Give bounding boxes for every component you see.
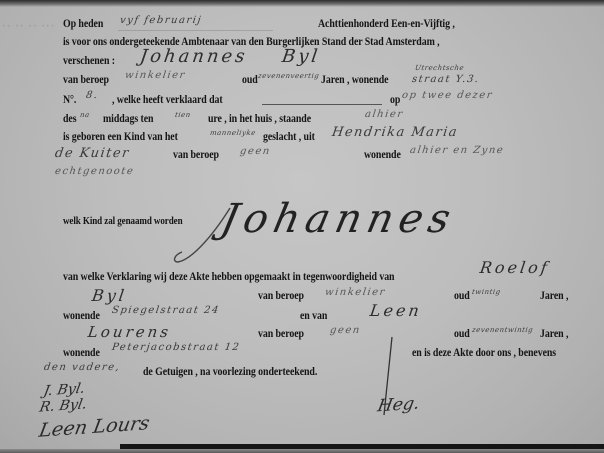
printed-jaren-wonende: Jaren , wonende — [321, 74, 388, 86]
handwritten-spouse-note: echtgenoote — [54, 166, 135, 177]
handwritten-house-number: 8. — [85, 90, 99, 101]
printed-is-geboren: is geboren een Kind van het — [63, 131, 178, 143]
scan-bottom-edge — [0, 449, 604, 453]
printed-oud-w2: oud — [454, 328, 470, 340]
fill-line — [262, 104, 382, 105]
handwritten-declarant-surname: Byl — [281, 46, 322, 67]
signature-official: Heg. — [376, 394, 421, 417]
handwritten-witness1-surname: Byl — [91, 286, 129, 305]
scanned-document-page: ·· ·· ·· ··· Op heden vyf februarij Acht… — [0, 0, 604, 453]
handwritten-sex: manneliyke — [209, 129, 256, 137]
handwritten-closing: den vadere, — [43, 362, 121, 373]
printed-jaren-w1: Jaren , — [540, 290, 568, 302]
printed-verschenen: verschenen : — [63, 55, 115, 67]
handwritten-address-street: Utrechtsche — [414, 64, 464, 72]
handwritten-witness1-age: twintig — [471, 288, 501, 296]
handwritten-witness2-surname: Lourens — [87, 323, 173, 341]
printed-number: N°. — [63, 94, 76, 106]
printed-middags-ten: middags ten — [103, 113, 153, 125]
handwritten-date: vyf februarij — [119, 15, 203, 26]
printed-van-beroep: van beroep — [63, 74, 109, 86]
printed-wonende-w1: wonende — [63, 310, 100, 322]
handwritten-witness1-address: Spiegelstraat 24 — [111, 305, 220, 316]
fill-line — [118, 30, 273, 31]
printed-wonende-mother: wonende — [364, 149, 401, 161]
handwritten-day-part: na — [79, 111, 90, 119]
handwritten-witness1-occupation: winkelier — [324, 287, 386, 298]
handwritten-mother-occupation: geen — [239, 146, 271, 157]
handwritten-child-name: Johannes — [217, 196, 460, 242]
handwritten-mother-name: Hendrika Maria — [331, 125, 459, 140]
scan-top-edge-shadow — [0, 0, 604, 7]
printed-welke-heeft: , welke heeft verklaard dat — [112, 94, 223, 106]
printed-ure-in-het-huis: ure , in het huis , staande — [208, 113, 311, 125]
handwritten-witness2-first-name: Leen — [369, 301, 424, 320]
printed-van-beroep-mother: van beroep — [173, 149, 219, 161]
bleed-through-text: ·· ·· ·· ··· — [2, 20, 55, 32]
printed-official-line: is voor ons ondergeteekende Ambtenaar va… — [63, 36, 440, 48]
handwritten-mother-address: alhier en Zyne — [409, 145, 505, 156]
printed-wonende-w2: wonende — [63, 347, 100, 359]
printed-en-van: en van — [300, 310, 327, 322]
handwritten-declarant-age: zevenenveertig — [257, 72, 319, 80]
printed-welk-kind: welk Kind zal genaamd worden — [63, 216, 183, 227]
handwritten-birth-date: op twee dezer — [401, 90, 494, 101]
printed-geslacht-uit: geslacht , uit — [263, 131, 315, 143]
handwritten-declarant-first-name: Johannes — [139, 46, 249, 67]
handwritten-witness2-age: zevenentwintig — [471, 326, 533, 334]
handwritten-mother-surname: de Kuiter — [54, 146, 131, 161]
handwritten-witness2-address: Peterjacobstraat 12 — [111, 342, 241, 353]
printed-op-heden: Op heden — [63, 18, 103, 30]
signature-witness2: Leen Lours — [37, 412, 151, 442]
printed-des: des — [63, 113, 76, 125]
printed-oud: oud — [242, 74, 258, 86]
handwritten-witness1-first-name: Roelof — [479, 258, 551, 277]
printed-verklaring-line: van welke Verklaring wij deze Akte hebbe… — [63, 271, 394, 283]
printed-getuigen-line: de Getuigen , na voorlezing onderteekend… — [143, 366, 317, 378]
handwritten-hour: tien — [174, 111, 191, 119]
signature-witness1: R. Byl. — [38, 396, 88, 415]
printed-van-beroep-w1: van beroep — [258, 290, 304, 302]
printed-year: Achttienhonderd Een-en-Vijftig , — [318, 18, 455, 30]
printed-en-is-deze-akte: en is deze Akte door ons , benevens — [412, 347, 556, 359]
handwritten-witness2-occupation: geen — [329, 325, 361, 336]
printed-op: op — [390, 94, 400, 106]
printed-oud-w1: oud — [454, 290, 470, 302]
printed-van-beroep-w2: van beroep — [258, 328, 304, 340]
handwritten-house-location: alhier — [364, 109, 404, 120]
handwritten-address-street2: straat Y.3. — [411, 74, 480, 85]
handwritten-declarant-occupation: winkelier — [124, 70, 186, 81]
printed-jaren-w2: Jaren , — [540, 328, 568, 340]
